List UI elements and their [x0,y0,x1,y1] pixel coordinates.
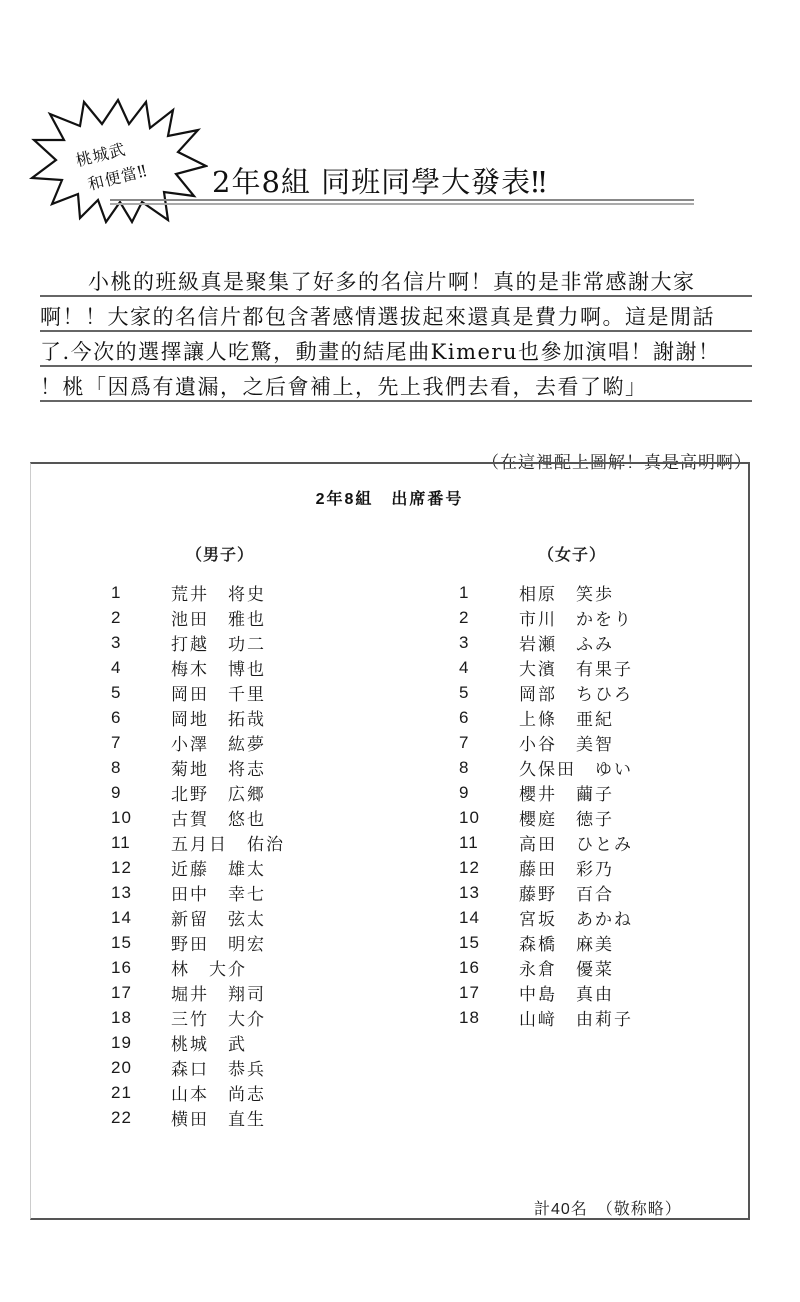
list-item: 7小澤 紘夢 [111,730,285,755]
student-name: 横田 直生 [171,1105,266,1130]
student-name: 大濱 有果子 [519,655,633,680]
seat-number: 21 [111,1083,171,1103]
seat-number: 1 [459,583,519,603]
student-name: 山﨑 由莉子 [519,1005,633,1030]
list-item: 11五月日 佑治 [111,830,285,855]
seat-number: 15 [111,933,171,953]
list-item: 3岩瀬 ふみ [459,630,633,655]
intro-paragraph: 小桃的班級真是聚集了好多的名信片啊！真的是非常感謝大家 啊！！大家的名信片都包含… [40,262,752,402]
list-item: 22横田 直生 [111,1105,285,1130]
seat-number: 9 [111,783,171,803]
student-name: 岡部 ちひろ [519,680,633,705]
list-item: 18三竹 大介 [111,1005,285,1030]
seat-number: 17 [459,983,519,1003]
list-item: 1荒井 将史 [111,580,285,605]
seat-number: 11 [459,833,519,853]
list-item: 2池田 雅也 [111,605,285,630]
list-item: 12近藤 雄太 [111,855,285,880]
student-name: 森口 恭兵 [171,1055,266,1080]
list-item: 16永倉 優菜 [459,955,633,980]
seat-number: 18 [111,1008,171,1028]
paragraph-line: 啊！！大家的名信片都包含著感情選拔起來還真是費力啊。這是閒話 [40,297,752,332]
seat-number: 7 [111,733,171,753]
seat-number: 1 [111,583,171,603]
seat-number: 5 [459,683,519,703]
list-item: 4大濱 有果子 [459,655,633,680]
list-item: 7小谷 美智 [459,730,633,755]
list-item: 3打越 功二 [111,630,285,655]
list-item: 9櫻井 繭子 [459,780,633,805]
seat-number: 8 [459,758,519,778]
list-item: 9北野 広郷 [111,780,285,805]
roster-total: 計40名 （敬称略） [534,1196,682,1219]
list-item: 10古賀 悠也 [111,805,285,830]
list-item: 5岡田 千里 [111,680,285,705]
seat-number: 5 [111,683,171,703]
seat-number: 20 [111,1058,171,1078]
student-name: 櫻井 繭子 [519,780,614,805]
list-item: 4梅木 博也 [111,655,285,680]
seat-number: 8 [111,758,171,778]
student-name: 古賀 悠也 [171,805,266,830]
student-name: 市川 かをり [519,605,633,630]
list-item: 12藤田 彩乃 [459,855,633,880]
student-name: 梅木 博也 [171,655,266,680]
list-item: 8菊地 将志 [111,755,285,780]
class-roster-box: 2年8組 出席番号 （男子） （女子） 1荒井 将史 2池田 雅也 3打越 功二… [30,462,750,1220]
student-name: 新留 弦太 [171,905,266,930]
student-name: 山本 尚志 [171,1080,266,1105]
seat-number: 16 [111,958,171,978]
student-name: 林 大介 [171,955,247,980]
list-item: 16林 大介 [111,955,285,980]
seat-number: 19 [111,1033,171,1053]
list-item: 19桃城 武 [111,1030,285,1055]
student-name: 上條 亜紀 [519,705,614,730]
student-name: 田中 幸七 [171,880,266,905]
seat-number: 9 [459,783,519,803]
student-name: 岡地 拓哉 [171,705,266,730]
list-item: 13藤野 百合 [459,880,633,905]
seat-number: 11 [111,833,171,853]
list-item: 17中島 真由 [459,980,633,1005]
seat-number: 6 [111,708,171,728]
list-item: 5岡部 ちひろ [459,680,633,705]
list-item: 6岡地 拓哉 [111,705,285,730]
seat-number: 10 [111,808,171,828]
girls-list: 1相原 笑歩 2市川 かをり 3岩瀬 ふみ 4大濱 有果子 5岡部 ちひろ 6上… [459,580,633,1030]
seat-number: 12 [459,858,519,878]
student-name: 永倉 優菜 [519,955,614,980]
student-name: 荒井 将史 [171,580,266,605]
student-name: 菊地 将志 [171,755,266,780]
student-name: 相原 笑歩 [519,580,614,605]
seat-number: 17 [111,983,171,1003]
student-name: 岩瀬 ふみ [519,630,614,655]
student-name: 小谷 美智 [519,730,614,755]
boys-list: 1荒井 将史 2池田 雅也 3打越 功二 4梅木 博也 5岡田 千里 6岡地 拓… [111,580,285,1130]
list-item: 2市川 かをり [459,605,633,630]
title-double-rule [110,199,694,205]
student-name: 五月日 佑治 [171,830,285,855]
list-item: 1相原 笑歩 [459,580,633,605]
seat-number: 2 [111,608,171,628]
seat-number: 14 [459,908,519,928]
student-name: 櫻庭 徳子 [519,805,614,830]
list-item: 15森橋 麻美 [459,930,633,955]
girls-heading: （女子） [538,542,606,565]
student-name: 岡田 千里 [171,680,266,705]
seat-number: 12 [111,858,171,878]
seat-number: 4 [459,658,519,678]
student-name: 堀井 翔司 [171,980,266,1005]
student-name: 森橋 麻美 [519,930,614,955]
list-item: 6上條 亜紀 [459,705,633,730]
list-item: 14新留 弦太 [111,905,285,930]
list-item: 18山﨑 由莉子 [459,1005,633,1030]
student-name: 打越 功二 [171,630,266,655]
student-name: 三竹 大介 [171,1005,266,1030]
seat-number: 7 [459,733,519,753]
student-name: 小澤 紘夢 [171,730,266,755]
seat-number: 13 [111,883,171,903]
seat-number: 16 [459,958,519,978]
seat-number: 2 [459,608,519,628]
seat-number: 4 [111,658,171,678]
student-name: 北野 広郷 [171,780,266,805]
paragraph-line: 小桃的班級真是聚集了好多的名信片啊！真的是非常感謝大家 [40,262,752,297]
list-item: 20森口 恭兵 [111,1055,285,1080]
seat-number: 13 [459,883,519,903]
roster-title: 2年8組 出席番号 [31,486,748,509]
paragraph-line: 了.今次的選擇讓人吃驚，動畫的結尾曲Kimeru也參加演唱！謝謝！ [40,332,752,367]
seat-number: 6 [459,708,519,728]
list-item: 10櫻庭 徳子 [459,805,633,830]
seat-number: 3 [111,633,171,653]
list-item: 14宮坂 あかね [459,905,633,930]
student-name: 近藤 雄太 [171,855,266,880]
student-name: 藤田 彩乃 [519,855,614,880]
seat-number: 3 [459,633,519,653]
list-item: 17堀井 翔司 [111,980,285,1005]
student-name: 久保田 ゆい [519,755,633,780]
list-item: 8久保田 ゆい [459,755,633,780]
seat-number: 15 [459,933,519,953]
student-name: 桃城 武 [171,1030,247,1055]
paragraph-line: ！桃「因爲有遺漏，之后會補上，先上我們去看，去看了喲」 [40,367,752,402]
student-name: 高田 ひとみ [519,830,633,855]
student-name: 野田 明宏 [171,930,266,955]
seat-number: 22 [111,1108,171,1128]
student-name: 池田 雅也 [171,605,266,630]
student-name: 藤野 百合 [519,880,614,905]
seat-number: 18 [459,1008,519,1028]
student-name: 中島 真由 [519,980,614,1005]
boys-heading: （男子） [186,542,254,565]
list-item: 21山本 尚志 [111,1080,285,1105]
list-item: 13田中 幸七 [111,880,285,905]
seat-number: 10 [459,808,519,828]
seat-number: 14 [111,908,171,928]
student-name: 宮坂 あかね [519,905,633,930]
list-item: 11高田 ひとみ [459,830,633,855]
list-item: 15野田 明宏 [111,930,285,955]
page-title: 2年8組 同班同學大發表‼ [212,160,547,201]
